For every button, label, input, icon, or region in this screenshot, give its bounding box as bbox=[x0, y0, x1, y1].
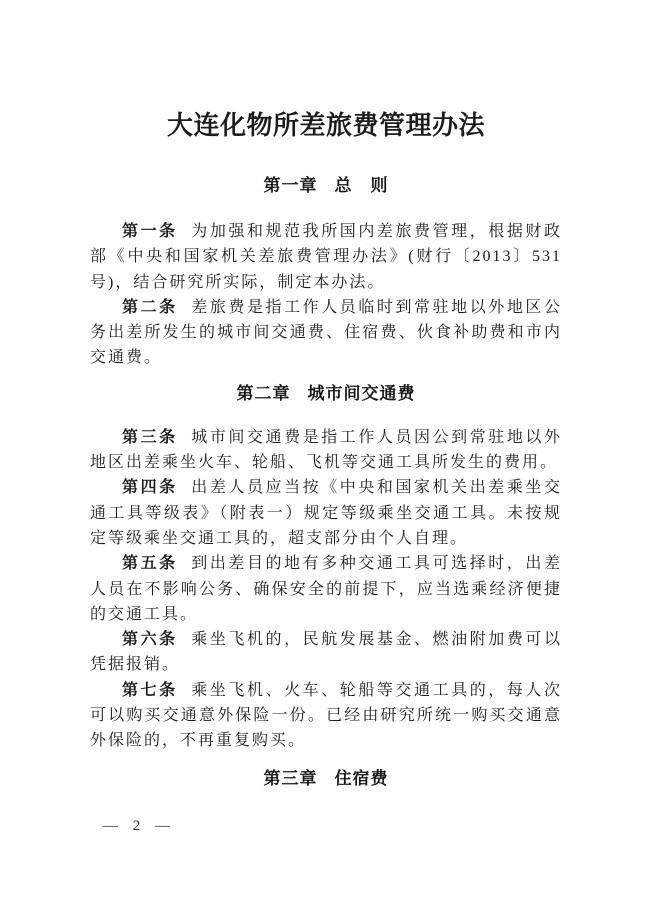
chapter-1-heading: 第一章总 则 bbox=[90, 175, 562, 196]
article-6-label: 第六条 bbox=[122, 631, 178, 648]
article-3-paragraph: 第三条城市间交通费是指工作人员因公到常驻地以外地区出差乘坐火车、轮船、飞机等交通… bbox=[90, 425, 562, 476]
article-5-label: 第五条 bbox=[122, 555, 178, 572]
article-6-paragraph: 第六条乘坐飞机的，民航发展基金、燃油附加费可以凭据报销。 bbox=[90, 627, 562, 678]
chapter-1-title: 总 则 bbox=[335, 176, 389, 195]
document-page: 大连化物所差旅费管理办法 第一章总 则 第一条为加强和规范我所国内差旅费管理，根… bbox=[0, 0, 650, 919]
chapter-2-title: 城市间交通费 bbox=[308, 384, 416, 403]
chapter-2-heading: 第二章城市间交通费 bbox=[90, 383, 562, 404]
chapter-1-number: 第一章 bbox=[264, 176, 318, 195]
article-1-paragraph: 第一条为加强和规范我所国内差旅费管理，根据财政部《中央和国家机关差旅费管理办法》… bbox=[90, 219, 562, 295]
article-7-label: 第七条 bbox=[122, 682, 178, 699]
chapter-3-number: 第三章 bbox=[264, 769, 318, 788]
document-content: 大连化物所差旅费管理办法 第一章总 则 第一条为加强和规范我所国内差旅费管理，根… bbox=[90, 0, 562, 789]
article-4-label: 第四条 bbox=[122, 479, 178, 496]
chapter-3-title: 住宿费 bbox=[335, 769, 389, 788]
chapter-3-heading: 第三章住宿费 bbox=[90, 768, 562, 789]
article-1-label: 第一条 bbox=[122, 223, 178, 240]
article-7-paragraph: 第七条乘坐飞机、火车、轮船等交通工具的，每人次可以购买交通意外保险一份。已经由研… bbox=[90, 678, 562, 754]
chapter-2-number: 第二章 bbox=[237, 384, 291, 403]
article-5-paragraph: 第五条到出差目的地有多种交通工具可选择时，出差人员在不影响公务、确保安全的前提下… bbox=[90, 551, 562, 627]
document-title: 大连化物所差旅费管理办法 bbox=[90, 109, 562, 142]
article-2-label: 第二条 bbox=[122, 299, 178, 316]
article-2-paragraph: 第二条差旅费是指工作人员临时到常驻地以外地区公务出差所发生的城市间交通费、住宿费… bbox=[90, 295, 562, 371]
page-number: — 2 — bbox=[103, 817, 171, 835]
article-3-label: 第三条 bbox=[122, 429, 178, 446]
article-4-paragraph: 第四条出差人员应当按《中央和国家机关出差乘坐交通工具等级表》（附表一）规定等级乘… bbox=[90, 475, 562, 551]
